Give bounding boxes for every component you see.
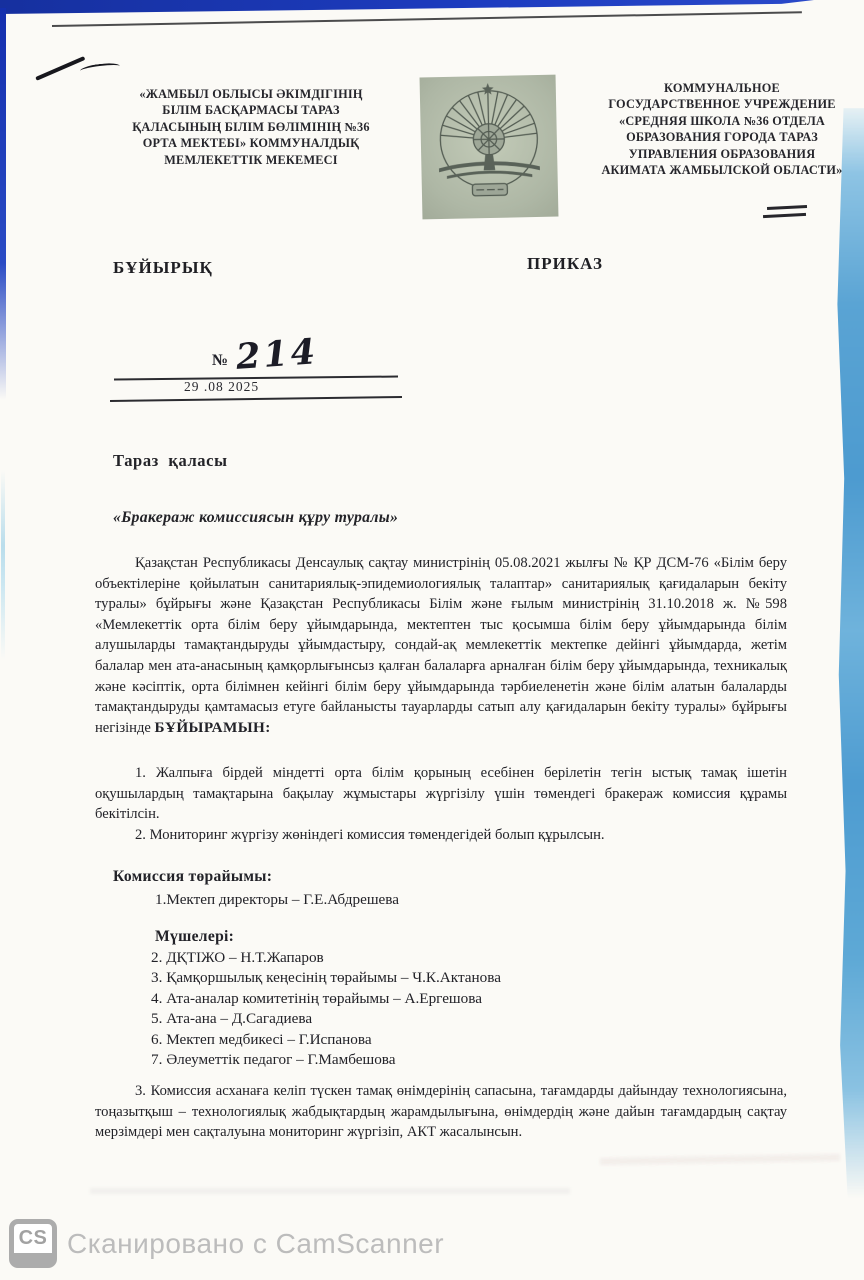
org-name-kazakh: «ЖАМБЫЛ ОБЛЫСЫ ӘКІМДІГІНІҢ БІЛІМ БАСҚАРМ… xyxy=(96,86,406,168)
org-line: КОММУНАЛЬНОЕ xyxy=(598,80,846,96)
pen-mark-equals xyxy=(767,205,807,210)
commission-member: 7. Әлеуметтік педагог – Г.Мамбешова xyxy=(151,1050,713,1070)
commission-block: Комиссия төрайымы: 1.Мектеп директоры – … xyxy=(113,868,713,1070)
commission-member: 3. Қамқоршылық кеңесінің төрайымы – Ч.К.… xyxy=(151,968,713,988)
order-number-handwritten: 214 xyxy=(235,331,320,378)
order-number-label: № xyxy=(212,352,228,370)
commission-members-label: Мүшелері: xyxy=(155,928,713,946)
camscanner-logo-letters: CS xyxy=(14,1227,52,1250)
org-line: МЕМЛЕКЕТТІК МЕКЕМЕСІ xyxy=(96,152,406,168)
commission-member: 6. Мектеп медбикесі – Г.Испанова xyxy=(151,1030,713,1050)
org-line: «СРЕДНЯЯ ШКОЛА №36 ОТДЕЛА xyxy=(598,113,846,129)
scan-edge-top xyxy=(0,0,814,14)
scan-edge-left xyxy=(0,8,6,400)
scan-edge-right xyxy=(834,108,864,1198)
org-line: ҚАЛАСЫНЫҢ БІЛІМ БӨЛІМІНІҢ №36 xyxy=(96,119,406,135)
org-line: ГОСУДАРСТВЕННОЕ УЧРЕЖДЕНИЕ xyxy=(598,96,846,112)
order-item-3: 3. Комиссия асханаға келіп түскен тамақ … xyxy=(95,1081,787,1143)
scan-edge-left-faint xyxy=(1,470,5,660)
commission-member: 2. ДҚТІЖО – Н.Т.Жапаров xyxy=(151,948,713,968)
org-line: «ЖАМБЫЛ ОБЛЫСЫ ӘКІМДІГІНІҢ xyxy=(96,86,406,102)
date-underline xyxy=(110,396,402,402)
preamble-paragraph: Қазақстан Республикасы Денсаулық сақтау … xyxy=(95,553,787,738)
preamble-text: Қазақстан Республикасы Денсаулық сақтау … xyxy=(95,555,787,736)
order-date: 29 .08 2025 xyxy=(184,379,259,395)
order-item3-block: 3. Комиссия асханаға келіп түскен тамақ … xyxy=(95,1081,787,1143)
org-line: УПРАВЛЕНИЯ ОБРАЗОВАНИЯ xyxy=(598,146,846,162)
pen-mark-curve xyxy=(80,62,121,76)
order-word: БҰЙЫРАМЫН: xyxy=(155,719,271,736)
commission-member: 4. Ата-аналар комитетінің төрайымы – А.Е… xyxy=(151,989,713,1009)
order-item-2: 2. Мониторинг жүргізу жөніндегі комиссия… xyxy=(95,825,787,846)
order-item-1: 1. Жалпыға бірдей міндетті орта білім қо… xyxy=(95,763,787,825)
org-line: ОРТА МЕКТЕБІ» КОММУНАЛДЫҚ xyxy=(96,135,406,151)
commission-member: 5. Ата-ана – Д.Сагадиева xyxy=(151,1009,713,1029)
org-line: АКИМАТА ЖАМБЫЛСКОЙ ОБЛАСТИ» xyxy=(598,162,846,178)
org-line: ОБРАЗОВАНИЯ ГОРОДА ТАРАЗ xyxy=(598,129,846,145)
order-items-block: 1. Жалпыға бірдей міндетті орта білім қо… xyxy=(95,763,787,845)
camscanner-logo-base xyxy=(13,1253,53,1264)
commission-chair-label: Комиссия төрайымы: xyxy=(113,868,713,886)
scan-fold-line xyxy=(52,11,802,27)
camscanner-watermark-text: Сканировано с CamScanner xyxy=(67,1228,444,1260)
order-title-russian: ПРИКАЗ xyxy=(527,254,603,274)
org-line: БІЛІМ БАСҚАРМАСЫ ТАРАЗ xyxy=(96,102,406,118)
pen-mark-stroke xyxy=(35,56,85,81)
org-name-russian: КОММУНАЛЬНОЕ ГОСУДАРСТВЕННОЕ УЧРЕЖДЕНИЕ … xyxy=(598,80,846,178)
scan-smudge xyxy=(600,1154,840,1165)
commission-chair: 1.Мектеп директоры – Г.Е.Абдрешева xyxy=(155,891,713,909)
order-subject: «Бракераж комиссиясын құру туралы» xyxy=(113,509,398,527)
order-city: Тараз қаласы xyxy=(113,451,228,471)
emblem-graphic xyxy=(428,82,551,212)
kazakhstan-emblem xyxy=(420,75,559,220)
pen-mark-equals xyxy=(763,213,806,218)
scan-smudge xyxy=(90,1188,570,1194)
camscanner-logo-icon: CS xyxy=(9,1219,57,1268)
order-title-kazakh: БҰЙЫРЫҚ xyxy=(113,258,213,278)
preamble-block: Қазақстан Республикасы Денсаулық сақтау … xyxy=(95,553,787,738)
scanned-order-document: «ЖАМБЫЛ ОБЛЫСЫ ӘКІМДІГІНІҢ БІЛІМ БАСҚАРМ… xyxy=(0,0,864,1280)
